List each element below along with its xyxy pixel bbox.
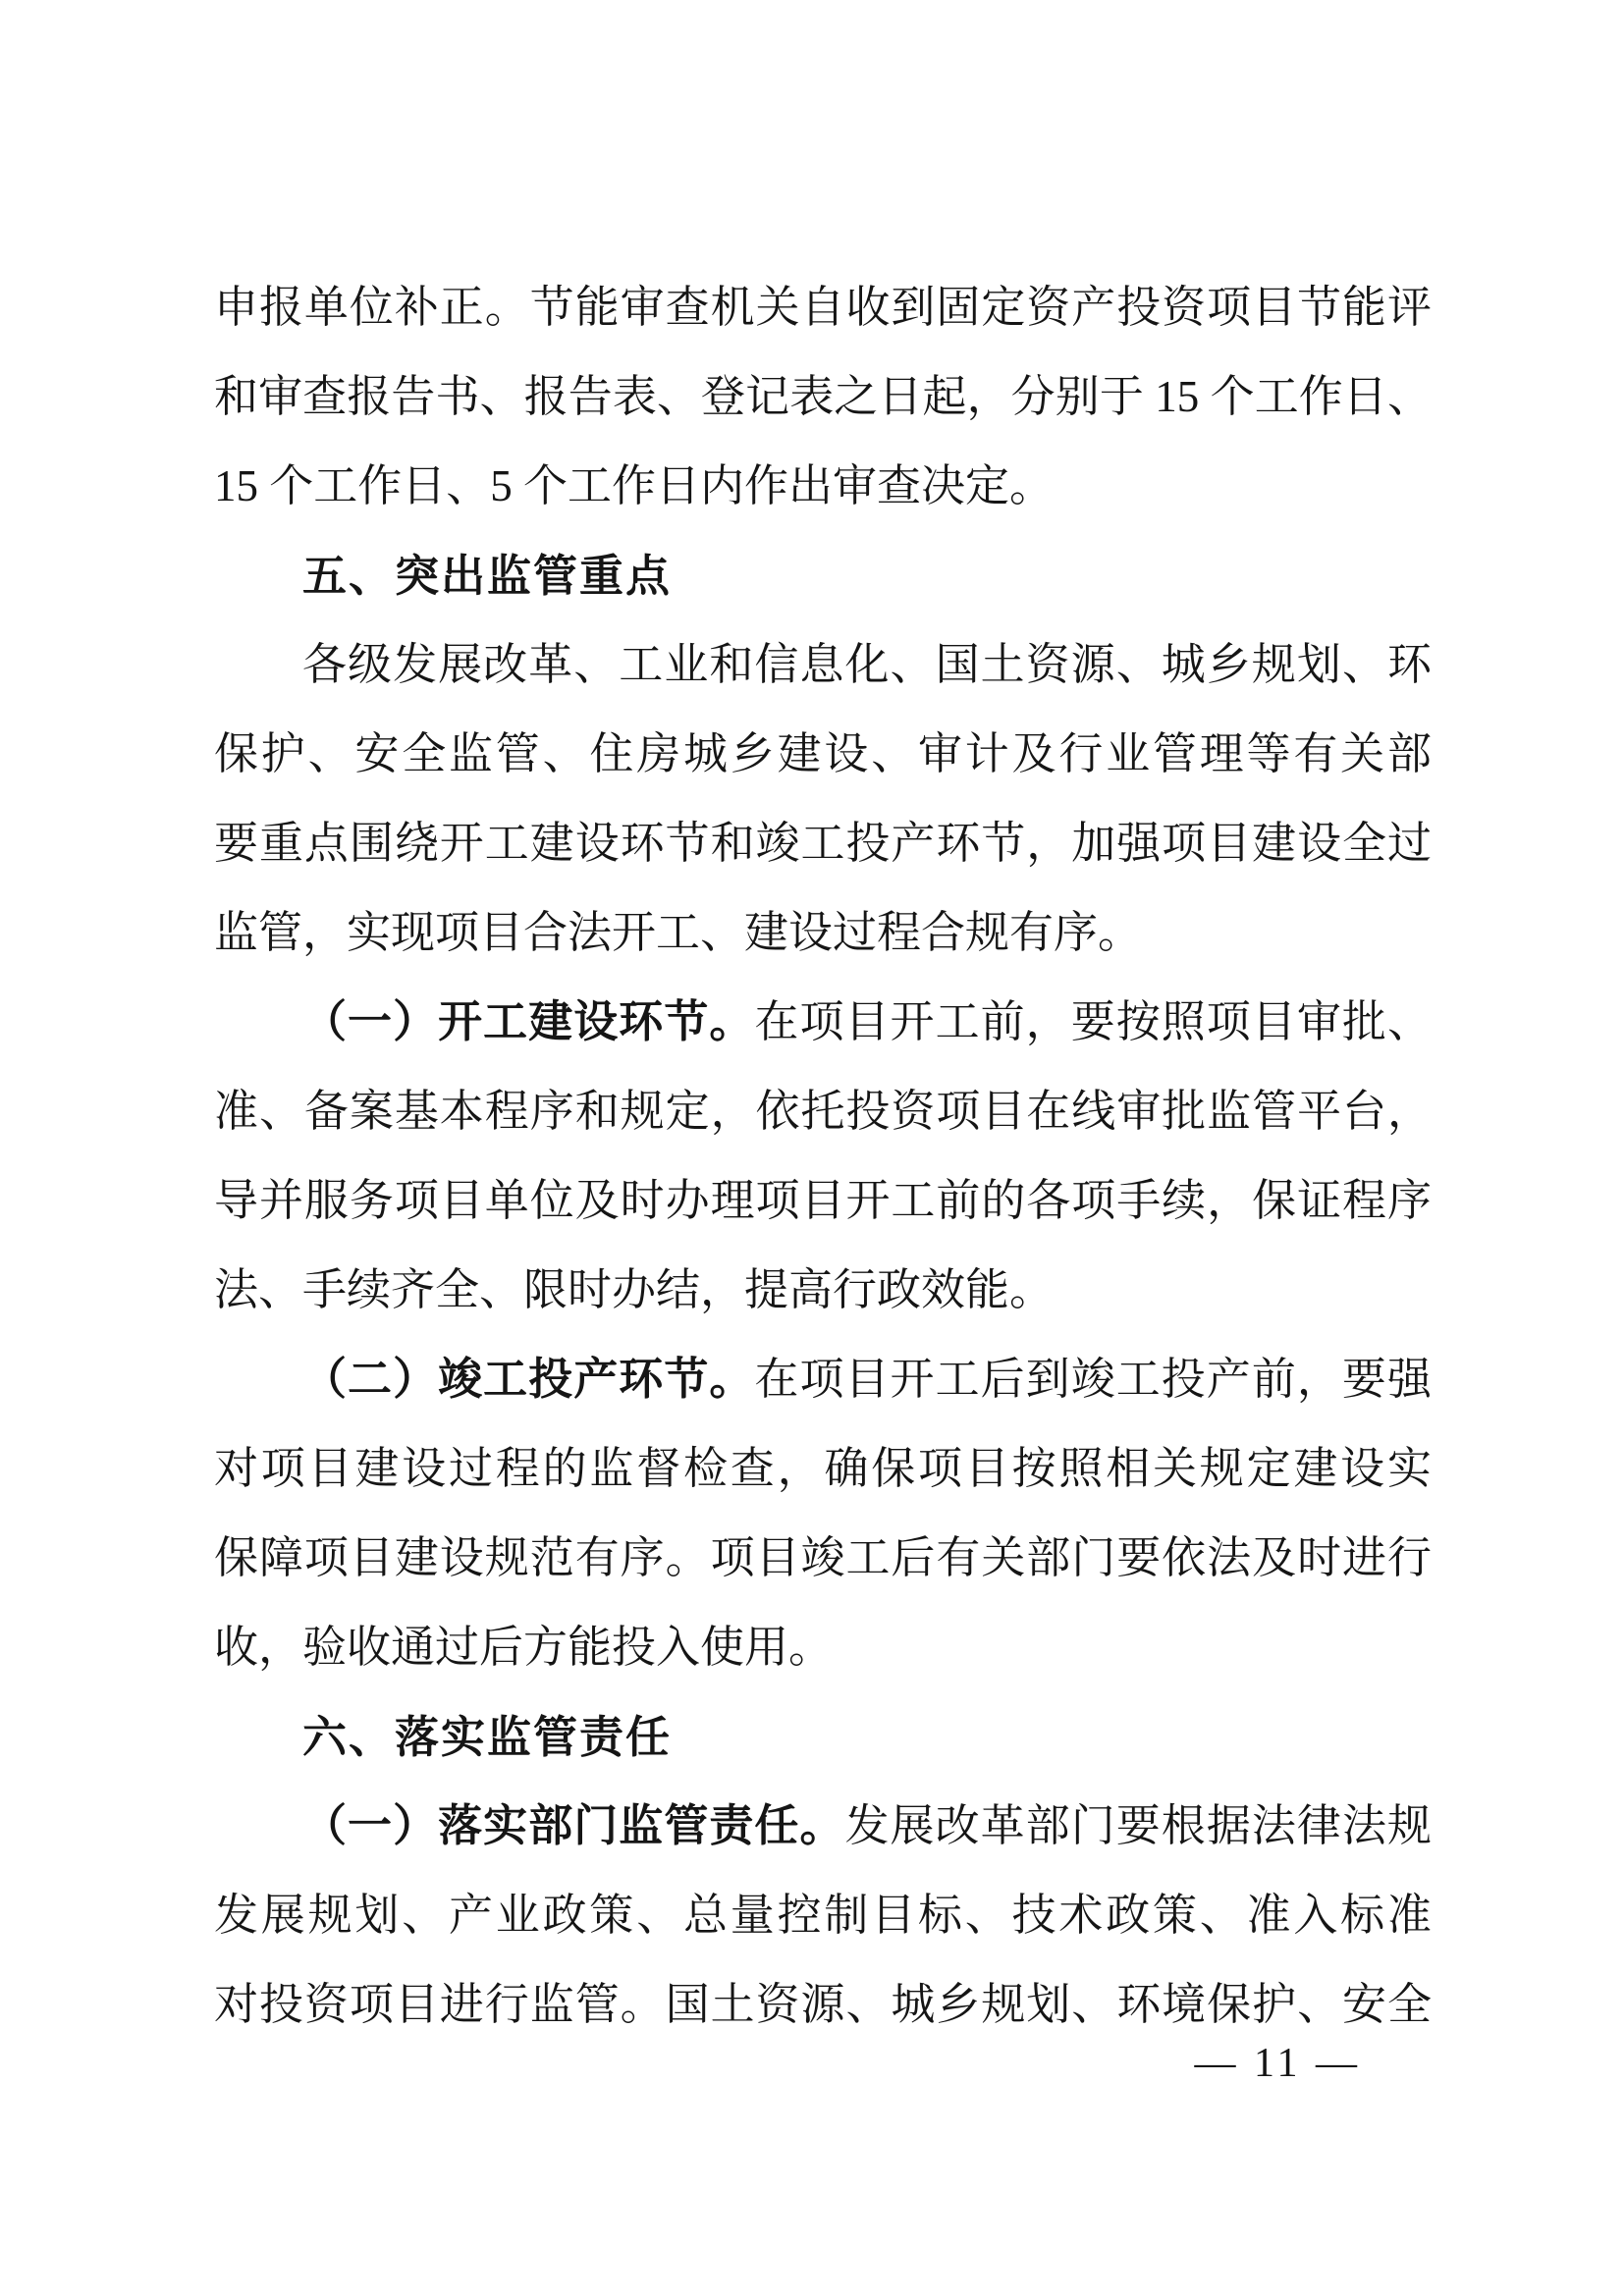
document-page: 申报单位补正。节能审查机关自收到固定资产投资项目节能评估 和审查报告书、报告表、… [0, 0, 1624, 2296]
body-line: 保障项目建设规范有序。项目竣工后有关部门要依法及时进行验 [214, 1514, 1432, 1603]
body-line: 申报单位补正。节能审查机关自收到固定资产投资项目节能评估 [214, 263, 1432, 352]
body-line: 导并服务项目单位及时办理项目开工前的各项手续，保证程序合 [214, 1156, 1432, 1246]
body-line: （一）开工建设环节。在项目开工前，要按照项目审批、核 [214, 978, 1432, 1067]
body-line: 15 个工作日、5 个工作日内作出审查决定。 [214, 442, 1432, 531]
paragraph-lead: （二）竣工投产环节。 [302, 1355, 754, 1404]
body-line: 保护、安全监管、住房城乡建设、审计及行业管理等有关部门， [214, 710, 1432, 799]
body-line: 法、手续齐全、限时办结，提高行政效能。 [214, 1246, 1432, 1335]
section-heading: 五、突出监管重点 [214, 531, 1432, 620]
paragraph-lead: （一）落实部门监管责任。 [302, 1801, 845, 1850]
body-line: （二）竣工投产环节。在项目开工后到竣工投产前，要强化 [214, 1335, 1432, 1424]
paragraph-lead: （一）开工建设环节。 [302, 997, 754, 1046]
page-number: — 11 — [1195, 2040, 1361, 2087]
body-line: 准、备案基本程序和规定，依托投资项目在线审批监管平台，指 [214, 1067, 1432, 1156]
document-body: 申报单位补正。节能审查机关自收到固定资产投资项目节能评估 和审查报告书、报告表、… [214, 263, 1432, 2050]
body-line: 各级发展改革、工业和信息化、国土资源、城乡规划、环境 [214, 620, 1432, 710]
body-line: （一）落实部门监管责任。发展改革部门要根据法律法规和 [214, 1782, 1432, 1871]
body-line: 收，验收通过后方能投入使用。 [214, 1603, 1432, 1692]
body-line: 发展规划、产业政策、总量控制目标、技术政策、准入标准等， [214, 1871, 1432, 1960]
body-line: 监管，实现项目合法开工、建设过程合规有序。 [214, 888, 1432, 978]
body-line: 对投资项目进行监管。国土资源、城乡规划、环境保护、安全监 [214, 1960, 1432, 2050]
section-heading: 六、落实监管责任 [214, 1692, 1432, 1782]
body-line: 和审查报告书、报告表、登记表之日起，分别于 15 个工作日、 [214, 352, 1432, 442]
body-line: 对项目建设过程的监督检查，确保项目按照相关规定建设实施， [214, 1424, 1432, 1514]
body-line: 要重点围绕开工建设环节和竣工投产环节，加强项目建设全过程 [214, 799, 1432, 888]
